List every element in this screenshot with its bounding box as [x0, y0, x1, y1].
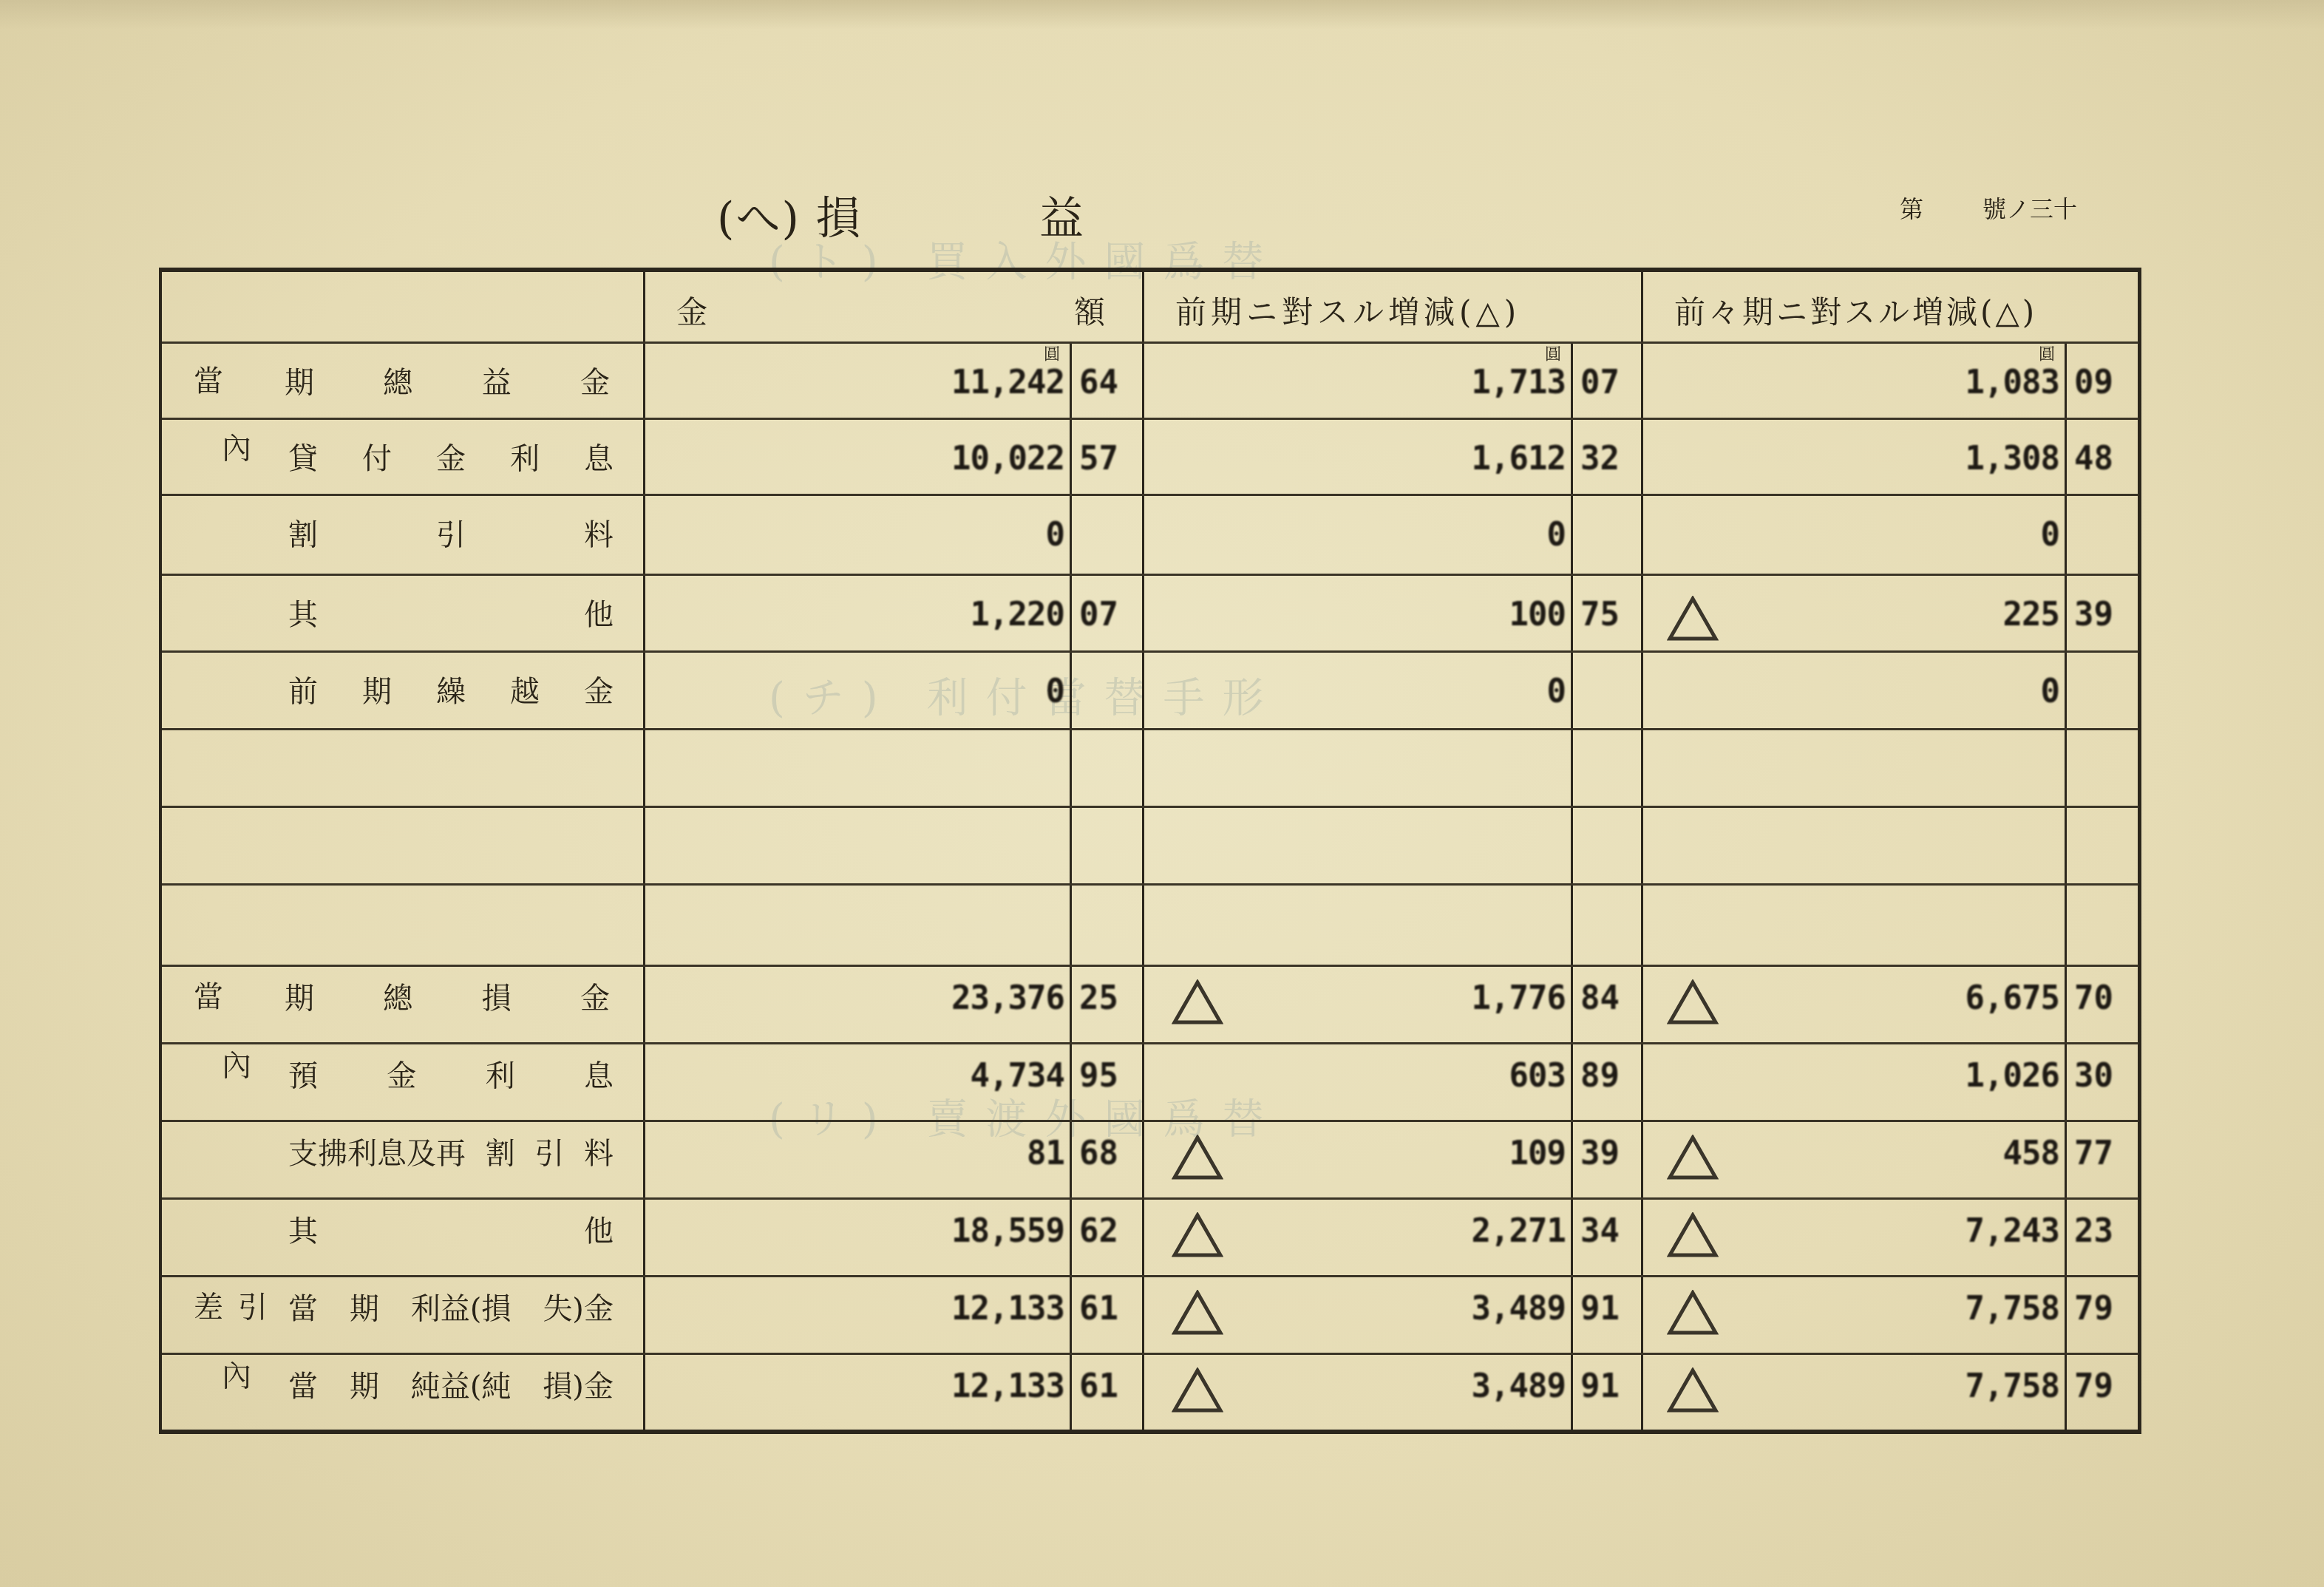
- row-label-part: 金: [387, 1053, 416, 1095]
- col-divider: [2065, 341, 2067, 1431]
- amount-sen: 57: [1079, 440, 1118, 478]
- row-group-marker: 內: [222, 1042, 251, 1084]
- form-number-suffix: 號ノ三十: [1982, 195, 2077, 223]
- row-divider: [162, 650, 2138, 653]
- amount-sen: 70: [2074, 979, 2113, 1017]
- amount-yen: 109: [1344, 1135, 1566, 1172]
- amount-yen: 3,489: [1344, 1367, 1566, 1405]
- amount-yen: 0: [843, 516, 1064, 554]
- amount-yen: 1,083: [1838, 364, 2059, 401]
- row-label-part: 純益(純: [411, 1363, 512, 1405]
- row-label-part: 料: [584, 1130, 614, 1172]
- yen-unit-marker: 圓: [1044, 341, 1060, 364]
- amount-sen: 39: [2074, 596, 2113, 633]
- header-amount-char1: 金: [676, 288, 707, 333]
- row-group-marker: 內: [222, 425, 251, 467]
- amount-sen: 91: [1580, 1367, 1620, 1405]
- row-divider: [162, 965, 2138, 967]
- amount-yen: 12,133: [843, 1367, 1064, 1405]
- amount-yen: 1,026: [1838, 1057, 2059, 1095]
- row-label: 期總益金: [285, 359, 610, 401]
- row-label-part: 越: [510, 668, 540, 710]
- row-group-marker: 差引: [194, 1284, 282, 1326]
- row-label: 貸付金利息: [288, 435, 614, 478]
- row-label: 其他: [288, 1208, 614, 1250]
- amount-yen: 4,734: [843, 1057, 1064, 1095]
- form-number-prefix: 第: [1900, 195, 1923, 223]
- row-label: 當期純益(純損)金: [288, 1363, 614, 1405]
- row-divider: [162, 1042, 2138, 1044]
- amount-sen: 91: [1580, 1290, 1620, 1328]
- amount-sen: 79: [2074, 1290, 2113, 1328]
- row-group-marker: 當: [194, 358, 223, 400]
- amount-yen: 11,242: [843, 364, 1064, 401]
- amount-yen: 100: [1344, 596, 1566, 633]
- row-group-marker: 當: [194, 973, 223, 1016]
- row-label-part: 損)金: [543, 1363, 614, 1405]
- row-divider: [162, 574, 2138, 576]
- form-number: 第號ノ三十: [1900, 191, 2077, 225]
- col-divider: [1070, 341, 1072, 1431]
- page-title: (へ) 損益: [717, 183, 1085, 247]
- amount-sen: 61: [1079, 1290, 1118, 1328]
- row-label-part: 利益(損: [411, 1285, 512, 1328]
- amount-yen: 10,022: [843, 440, 1064, 478]
- amount-yen: 0: [843, 673, 1064, 710]
- row-divider: [162, 883, 2138, 886]
- amount-yen: 2,271: [1344, 1212, 1566, 1250]
- row-label-part: 期: [285, 975, 314, 1017]
- row-label-part: 貸: [288, 435, 318, 478]
- row-label-part: 支拂利息及再: [288, 1130, 466, 1172]
- row-label-part: 他: [584, 1208, 614, 1250]
- row-label-part: 利: [486, 1053, 515, 1095]
- row-label-part: 割: [288, 512, 318, 554]
- yen-unit-marker: 圓: [1545, 341, 1561, 364]
- row-label-part: 失)金: [543, 1285, 614, 1328]
- row-divider: [162, 494, 2138, 496]
- amount-sen: 75: [1580, 596, 1620, 633]
- page-fold-shadow: [0, 0, 2324, 30]
- title-prefix: (へ): [717, 193, 801, 245]
- row-label-part: 金: [436, 435, 466, 478]
- header-amount: 金 額: [676, 281, 1105, 340]
- amount-sen: 79: [2074, 1367, 2113, 1405]
- row-label: 支拂利息及再割引料: [288, 1130, 614, 1172]
- header-vs-previous: 前期ニ對スル増減(△): [1175, 281, 1521, 340]
- row-label-part: 期: [362, 668, 392, 710]
- amount-yen: 7,758: [1838, 1367, 2059, 1405]
- row-label-part: 付: [362, 435, 392, 478]
- amount-sen: 84: [1580, 979, 1620, 1017]
- amount-sen: 48: [2074, 440, 2113, 478]
- amount-sen: 07: [1079, 596, 1118, 633]
- row-label-part: 總: [383, 359, 412, 401]
- row-label-part: 益: [482, 359, 512, 401]
- row-divider: [162, 418, 2138, 420]
- col-divider: [1571, 341, 1573, 1431]
- amount-sen: 09: [2074, 364, 2113, 401]
- row-divider: [162, 1275, 2138, 1277]
- title-loss: 損: [816, 193, 862, 245]
- amount-yen: 0: [1344, 516, 1566, 554]
- amount-sen: 07: [1580, 364, 1620, 401]
- amount-yen: 7,243: [1838, 1212, 2059, 1250]
- row-label: 當期利益(損失)金: [288, 1285, 614, 1328]
- row-label-part: 當: [288, 1285, 318, 1328]
- title-profit: 益: [1039, 193, 1085, 245]
- col-divider: [1641, 271, 1643, 1431]
- row-label-part: 引: [436, 512, 466, 554]
- row-label-part: 料: [584, 512, 614, 554]
- amount-sen: 25: [1079, 979, 1118, 1017]
- amount-sen: 64: [1079, 364, 1118, 401]
- amount-yen: 81: [843, 1135, 1064, 1172]
- amount-yen: 0: [1838, 673, 2059, 710]
- amount-sen: 95: [1079, 1057, 1118, 1095]
- amount-yen: 1,776: [1344, 979, 1566, 1017]
- row-label-part: 引: [534, 1130, 564, 1172]
- header-vs-before-previous: 前々期ニ對スル増減(△): [1674, 281, 2037, 340]
- row-label: 期總損金: [285, 975, 610, 1017]
- row-divider: [162, 1353, 2138, 1355]
- row-label-part: 期: [285, 359, 314, 401]
- row-label: 割引料: [288, 512, 614, 554]
- amount-yen: 23,376: [843, 979, 1064, 1017]
- row-label-part: 金: [580, 975, 610, 1017]
- row-label: 預金利息: [288, 1053, 614, 1095]
- row-label-part: 他: [584, 591, 614, 633]
- amount-sen: 23: [2074, 1212, 2113, 1250]
- amount-sen: 34: [1580, 1212, 1620, 1250]
- amount-sen: 68: [1079, 1135, 1118, 1172]
- row-label: 前期繰越金: [288, 668, 614, 710]
- row-label-part: 割: [486, 1130, 515, 1172]
- amount-sen: 39: [1580, 1135, 1620, 1172]
- amount-yen: 12,133: [843, 1290, 1064, 1328]
- amount-yen: 7,758: [1838, 1290, 2059, 1328]
- row-divider: [162, 1120, 2138, 1122]
- header-amount-char2: 額: [1074, 288, 1105, 333]
- yen-unit-marker: 圓: [2039, 341, 2055, 364]
- amount-yen: 1,713: [1344, 364, 1566, 401]
- row-divider: [162, 341, 2138, 344]
- row-label-part: 當: [288, 1363, 318, 1405]
- row-divider: [162, 728, 2138, 730]
- amount-sen: 32: [1580, 440, 1620, 478]
- amount-yen: 225: [1838, 596, 2059, 633]
- row-divider: [162, 806, 2138, 808]
- amount-sen: 30: [2074, 1057, 2113, 1095]
- row-label-part: 總: [383, 975, 412, 1017]
- amount-yen: 3,489: [1344, 1290, 1566, 1328]
- row-label-part: 期: [350, 1363, 379, 1405]
- amount-sen: 89: [1580, 1057, 1620, 1095]
- row-label-part: 息: [584, 1053, 614, 1095]
- row-label-part: 金: [580, 359, 610, 401]
- row-label-part: 損: [482, 975, 512, 1017]
- amount-yen: 458: [1838, 1135, 2059, 1172]
- amount-yen: 1,612: [1344, 440, 1566, 478]
- amount-yen: 0: [1344, 673, 1566, 710]
- row-label-part: 息: [584, 435, 614, 478]
- amount-sen: 62: [1079, 1212, 1118, 1250]
- col-divider: [643, 271, 645, 1431]
- col-divider: [1142, 271, 1144, 1431]
- row-group-marker: 內: [222, 1353, 251, 1395]
- row-label: 其他: [288, 591, 614, 633]
- row-label-part: 其: [288, 591, 318, 633]
- amount-sen: 61: [1079, 1367, 1118, 1405]
- row-label-part: 其: [288, 1208, 318, 1250]
- amount-yen: 1,220: [843, 596, 1064, 633]
- row-label-part: 前: [288, 668, 318, 710]
- amount-sen: 77: [2074, 1135, 2113, 1172]
- amount-yen: 18,559: [843, 1212, 1064, 1250]
- row-label-part: 繰: [436, 668, 466, 710]
- amount-yen: 1,308: [1838, 440, 2059, 478]
- amount-yen: 603: [1344, 1057, 1566, 1095]
- row-label-part: 期: [350, 1285, 379, 1328]
- row-divider: [162, 1197, 2138, 1200]
- amount-yen: 0: [1838, 516, 2059, 554]
- row-label-part: 金: [584, 668, 614, 710]
- row-label-part: 預: [288, 1053, 318, 1095]
- row-label-part: 利: [510, 435, 540, 478]
- amount-yen: 6,675: [1838, 979, 2059, 1017]
